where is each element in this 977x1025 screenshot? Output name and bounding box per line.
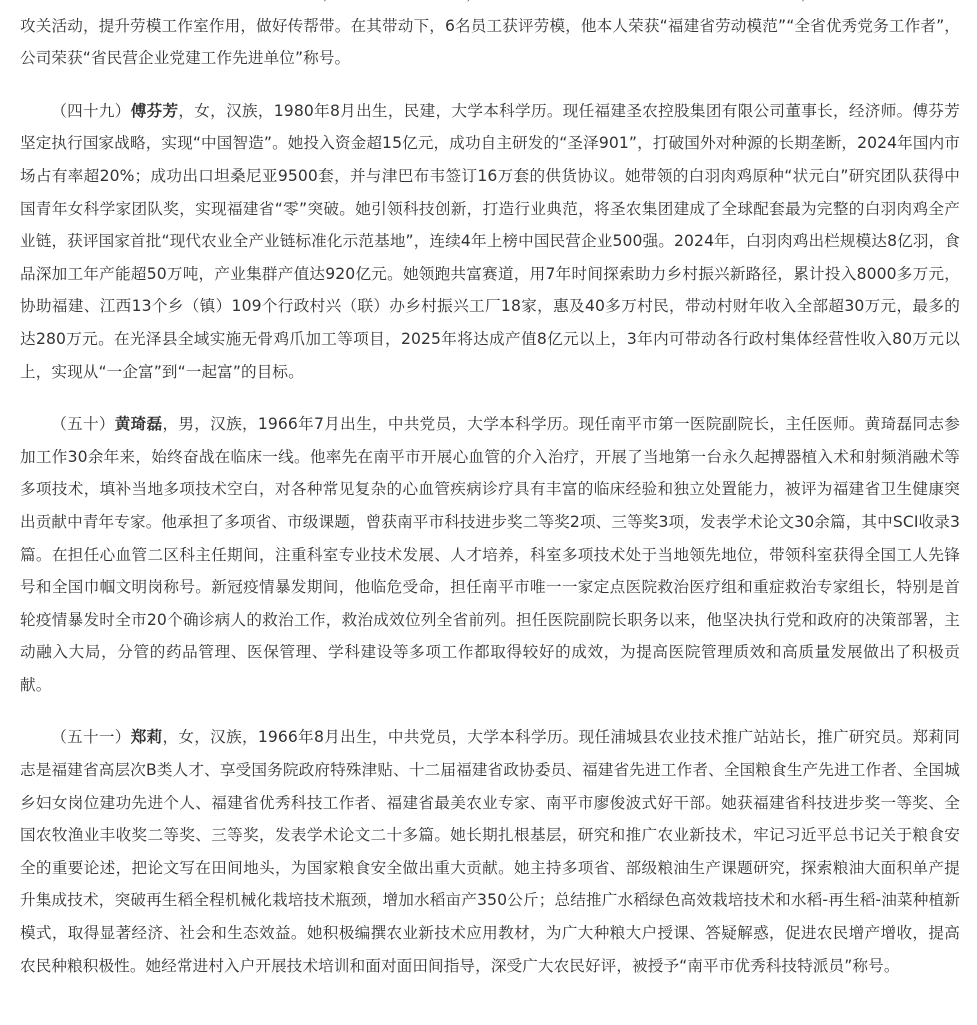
paragraph-index: （五十一） — [51, 728, 131, 746]
person-name: 郑莉 — [131, 728, 163, 746]
paragraph-fu-fenfang: （四十九）傅芬芳，女，汉族，1980年8月出生，民建，大学本科学历。现任福建圣农… — [20, 95, 960, 388]
paragraph-text: ，女，汉族，1980年8月出生，民建，大学本科学历。现任福建圣农控股集团有限公司… — [20, 102, 960, 381]
paragraph-text: ，女，汉族，1966年8月出生，中共党员，大学本科学历。现任浦城县农业技术推广站… — [20, 728, 960, 974]
paragraph-text: ，男，汉族，1966年7月出生，中共党员，大学本科学历。现任南平市第一医院副院长… — [20, 415, 960, 694]
paragraph-huang-qilei: （五十）黄琦磊，男，汉族，1966年7月出生，中共党员，大学本科学历。现任南平市… — [20, 408, 960, 701]
article-body: 扩展带徒技能传承和传帮带等技术创新活动，充分发挥带头作用，带出一批技术过硬、作风… — [20, 0, 960, 1002]
paragraph-text: 扩展带徒技能传承和传帮带等技术创新活动，充分发挥带头作用，带出一批技术过硬、作风… — [20, 0, 960, 67]
person-name: 黄琦磊 — [115, 415, 163, 433]
person-name: 傅芬芳 — [131, 102, 179, 120]
paragraph-zheng-li: （五十一）郑莉，女，汉族，1966年8月出生，中共党员，大学本科学历。现任浦城县… — [20, 721, 960, 982]
paragraph-index: （五十） — [51, 415, 115, 433]
paragraph-continuation: 扩展带徒技能传承和传帮带等技术创新活动，充分发挥带头作用，带出一批技术过硬、作风… — [20, 0, 960, 75]
paragraph-index: （四十九） — [51, 102, 131, 120]
